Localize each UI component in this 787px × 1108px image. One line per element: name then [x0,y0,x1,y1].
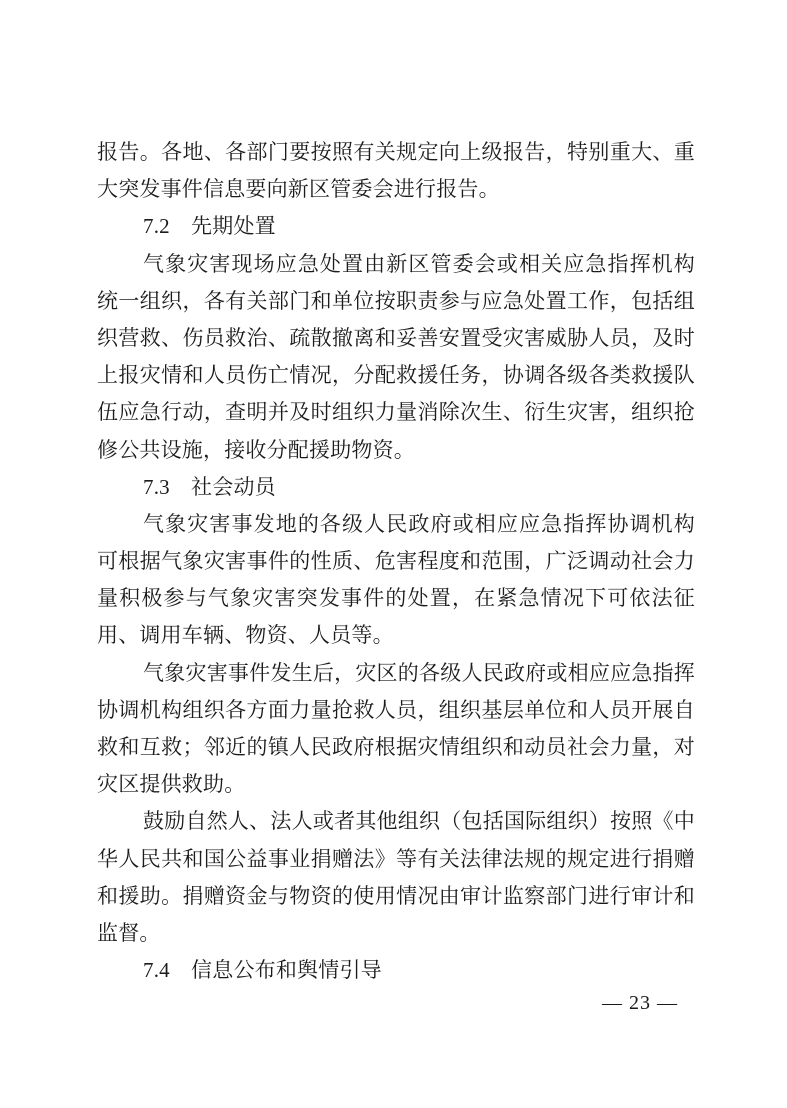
text-line: 气象灾害现场应急处置由新区管委会或相关应急指挥机构 [97,246,695,283]
document-page: 报告。各地、各部门要按照有关规定向上级报告，特别重大、重 大突发事件信息要向新区… [0,0,787,1108]
text-line: 气象灾害事发地的各级人民政府或相应应急指挥协调机构 [97,506,695,543]
text-line: 量积极参与气象灾害突发事件的处置，在紧急情况下可依法征 [97,580,695,617]
text-line: 灾区提供救助。 [97,766,695,803]
text-line: 气象灾害事件发生后，灾区的各级人民政府或相应应急指挥 [97,655,695,692]
text-line: 伍应急行动，查明并及时组织力量消除次生、衍生灾害，组织抢 [97,394,695,431]
text-line: 用、调用车辆、物资、人员等。 [97,617,695,654]
text-line: 上报灾情和人员伤亡情况，分配救援任务，协调各级各类救援队 [97,357,695,394]
text-line: 监督。 [97,915,695,952]
heading-7-3: 7.3 社会动员 [97,469,695,506]
text-line: 报告。各地、各部门要按照有关规定向上级报告，特别重大、重 [97,134,695,171]
text-line: 救和互救；邻近的镇人民政府根据灾情组织和动员社会力量，对 [97,729,695,766]
text-line: 华人民共和国公益事业捐赠法》等有关法律法规的规定进行捐赠 [97,841,695,878]
text-line: 修公共设施，接收分配援助物资。 [97,432,695,469]
page-number: — 23 — [602,991,678,1015]
text-line: 鼓励自然人、法人或者其他组织（包括国际组织）按照《中 [97,803,695,840]
text-line: 可根据气象灾害事件的性质、危害程度和范围，广泛调动社会力 [97,543,695,580]
text-line: 和援助。捐赠资金与物资的使用情况由审计监察部门进行审计和 [97,878,695,915]
text-line: 大突发事件信息要向新区管委会进行报告。 [97,171,695,208]
document-body: 报告。各地、各部门要按照有关规定向上级报告，特别重大、重 大突发事件信息要向新区… [97,134,695,989]
heading-7-2: 7.2 先期处置 [97,208,695,245]
text-line: 协调机构组织各方面力量抢救人员，组织基层单位和人员开展自 [97,692,695,729]
heading-7-4: 7.4 信息公布和舆情引导 [97,952,695,989]
text-line: 统一组织，各有关部门和单位按职责参与应急处置工作，包括组 [97,283,695,320]
text-line: 织营救、伤员救治、疏散撤离和妥善安置受灾害威胁人员，及时 [97,320,695,357]
